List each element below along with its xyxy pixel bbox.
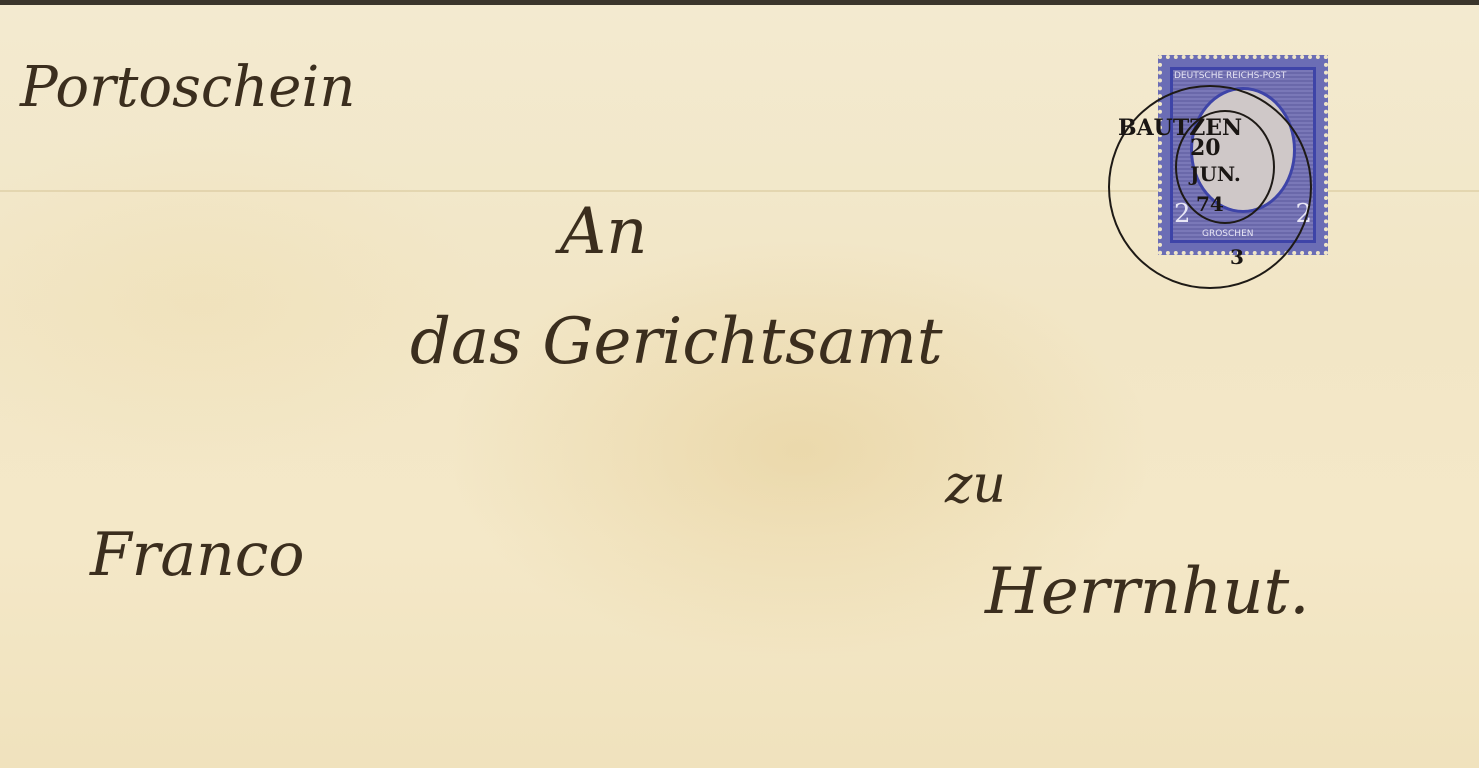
franking-note: Franco — [90, 520, 304, 590]
postmark-town: BAUTZEN — [1118, 115, 1242, 141]
postmark-day: 20 — [1190, 135, 1221, 161]
top-left-note: Portoschein — [20, 55, 355, 120]
recipient-line: das Gerichtsamt — [410, 305, 943, 379]
postmark-year: 74 — [1196, 192, 1224, 216]
destination: Herrnhut. — [985, 555, 1310, 629]
salutation: An — [560, 195, 647, 269]
postmark-time: 3 — [1230, 245, 1244, 269]
scan-top-edge — [0, 0, 1479, 5]
postmark-month: JUN. — [1190, 162, 1241, 186]
stamp-header: DEUTSCHE REICHS-POST — [1174, 71, 1286, 81]
preposition: zu — [945, 455, 1006, 515]
